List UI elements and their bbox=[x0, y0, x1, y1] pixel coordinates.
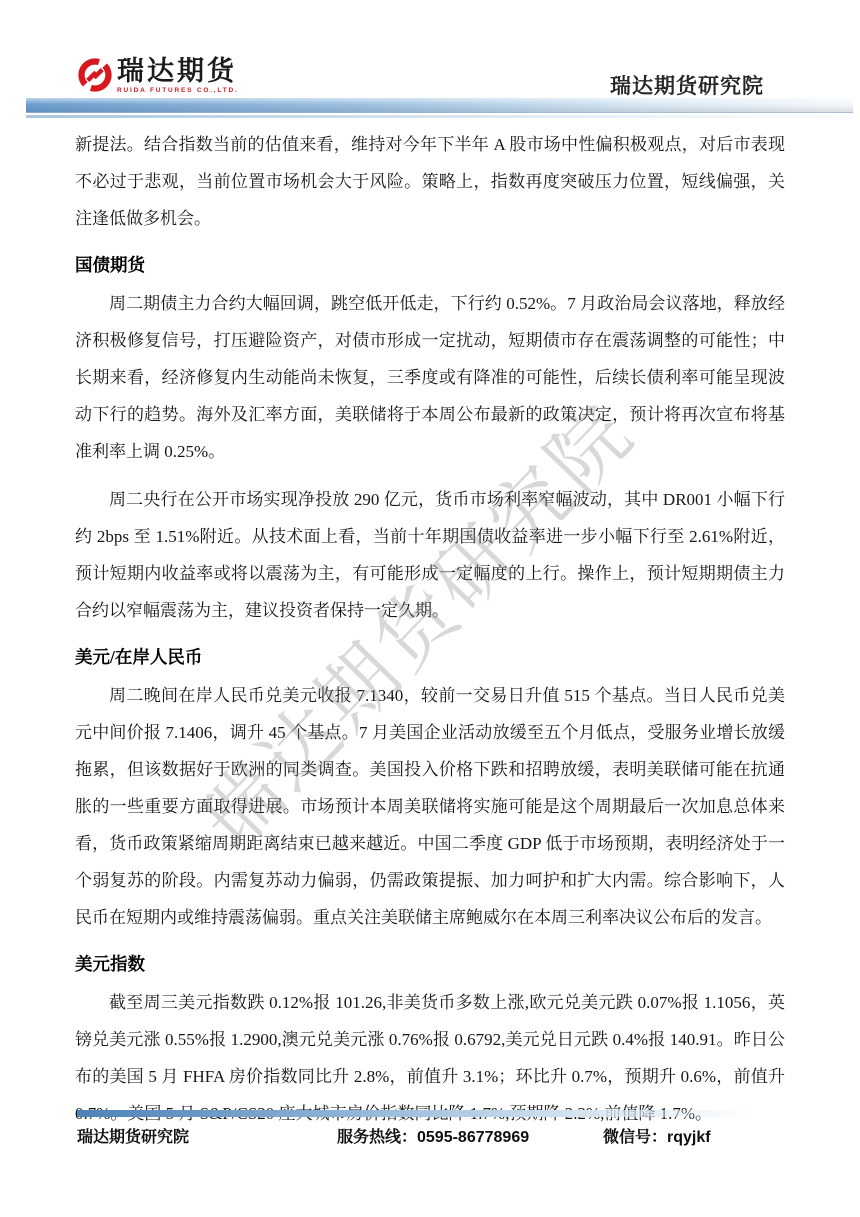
report-page: 瑞达期货 RUIDA FUTURES CO.,LTD. 瑞达期货研究院 新提法。… bbox=[0, 0, 860, 1217]
company-logo: 瑞达期货 RUIDA FUTURES CO.,LTD. bbox=[77, 57, 239, 94]
section-paragraph: 周二晚间在岸人民币兑美元收报 7.1340，较前一交易日升值 515 个基点。当… bbox=[75, 677, 785, 936]
section-heading-usd-index: 美元指数 bbox=[75, 948, 785, 981]
section-paragraph: 周二期债主力合约大幅回调，跳空低开低走，下行约 0.52%。7 月政治局会议落地… bbox=[75, 285, 785, 470]
header-divider-thin-line bbox=[26, 115, 853, 118]
section-usd-cny: 美元/在岸人民币 周二晚间在岸人民币兑美元收报 7.1340，较前一交易日升值 … bbox=[75, 641, 785, 936]
brand-name-cn: 瑞达期货 bbox=[117, 57, 239, 86]
header-divider-bar bbox=[26, 98, 853, 113]
footer-hotline: 服务热线：0595-86778969 bbox=[337, 1124, 529, 1147]
logo-text-block: 瑞达期货 RUIDA FUTURES CO.,LTD. bbox=[117, 57, 239, 94]
report-body: 新提法。结合指数当前的估值来看，维持对今年下半年 A 股市场中性偏积极观点，对后… bbox=[75, 126, 785, 1132]
header-org-title: 瑞达期货研究院 bbox=[610, 70, 764, 100]
intro-paragraph: 新提法。结合指数当前的估值来看，维持对今年下半年 A 股市场中性偏积极观点，对后… bbox=[75, 126, 785, 237]
section-treasury-futures: 国债期货 周二期债主力合约大幅回调，跳空低开低走，下行约 0.52%。7 月政治… bbox=[75, 249, 785, 629]
brand-name-en: RUIDA FUTURES CO.,LTD. bbox=[117, 87, 239, 94]
footer-org-name: 瑞达期货研究院 bbox=[77, 1124, 189, 1147]
section-paragraph: 周二央行在公开市场实现净投放 290 亿元，货币市场利率窄幅波动，其中 DR00… bbox=[75, 481, 785, 629]
ruida-logo-icon bbox=[77, 57, 113, 93]
footer-wechat-id: 微信号：rqyjkf bbox=[603, 1124, 711, 1147]
section-heading-usd-cny: 美元/在岸人民币 bbox=[75, 641, 785, 674]
section-heading-treasury-futures: 国债期货 bbox=[75, 249, 785, 282]
footer: 瑞达期货研究院 服务热线：0595-86778969 微信号：rqyjkf bbox=[77, 1124, 785, 1146]
section-usd-index: 美元指数 截至周三美元指数跌 0.12%报 101.26,非美货币多数上涨,欧元… bbox=[75, 948, 785, 1132]
footer-divider-bar bbox=[77, 1110, 753, 1117]
